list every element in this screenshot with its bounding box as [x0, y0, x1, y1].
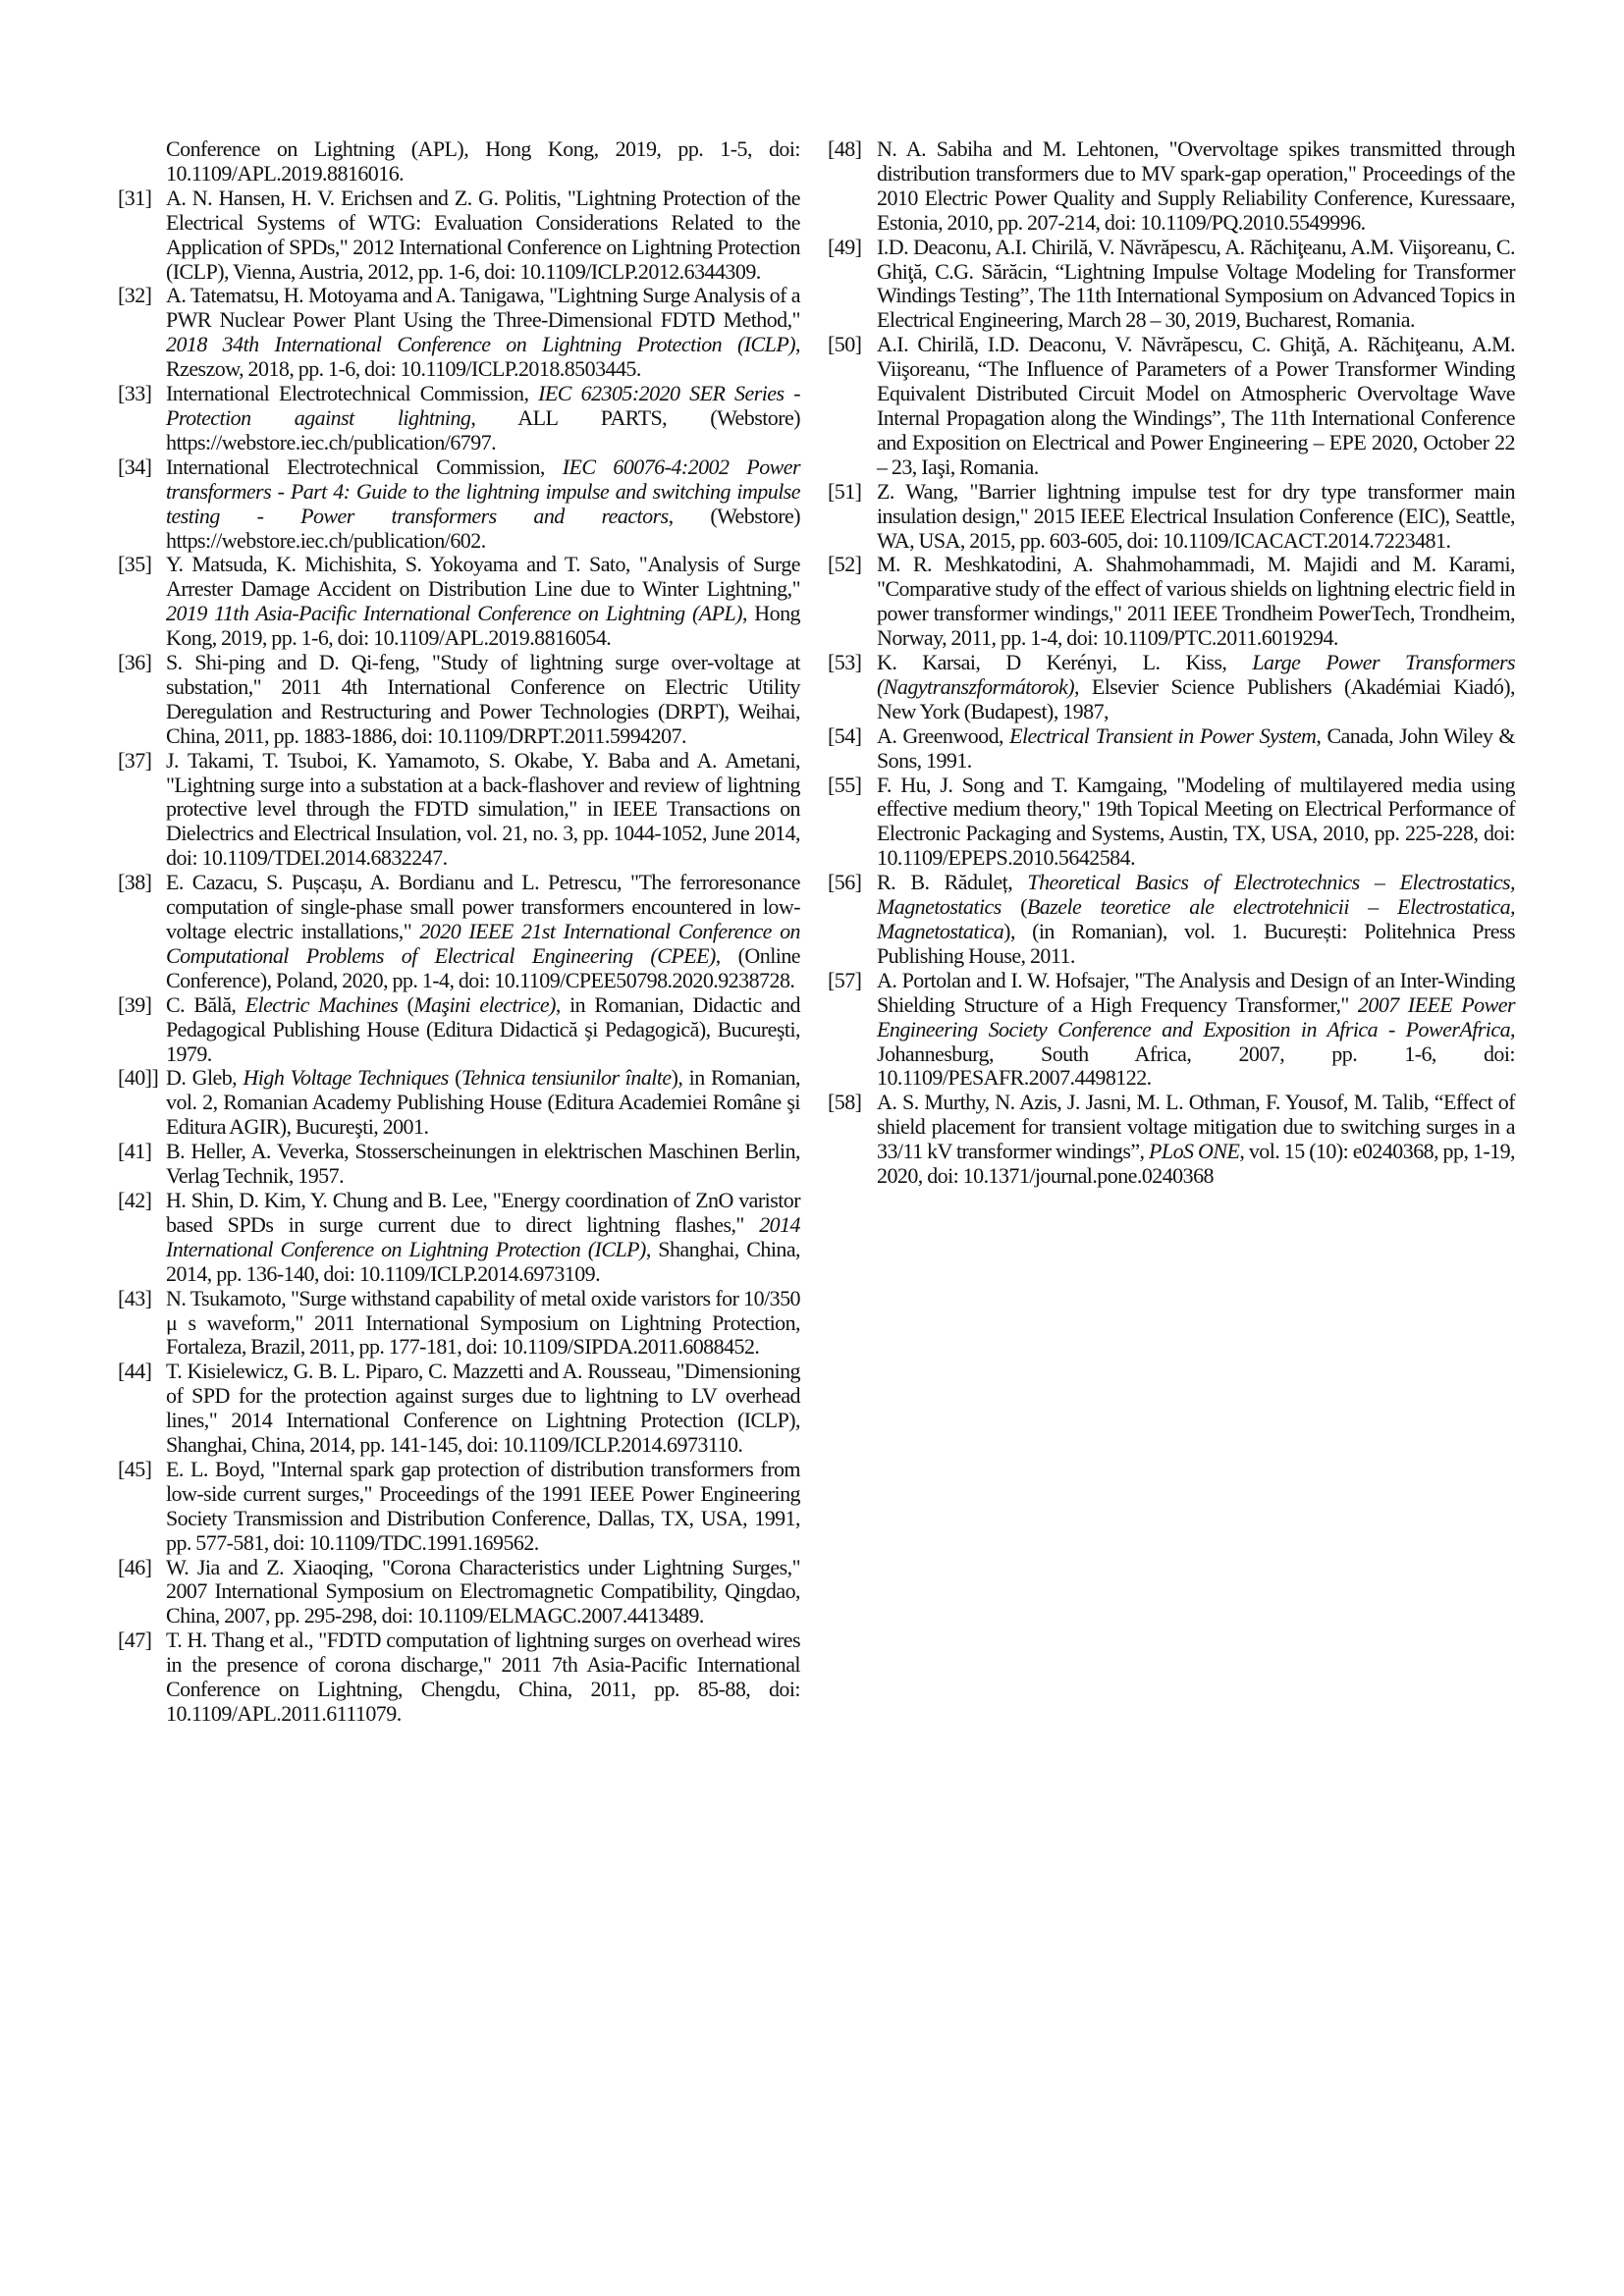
reference-entry: [57]A. Portolan and I. W. Hofsajer, "The… [828, 969, 1515, 1092]
reference-entry: [33]International Electrotechnical Commi… [118, 382, 800, 455]
reference-number: [50] [828, 333, 861, 357]
reference-number: [57] [828, 969, 861, 993]
reference-text: Z. Wang, "Barrier lightning impulse test… [877, 479, 1515, 553]
reference-text: T. Kisielewicz, G. B. L. Piparo, C. Mazz… [166, 1359, 800, 1457]
reference-italic-title: Electrical Transient in Power System [1009, 723, 1316, 748]
reference-text: ( [449, 1065, 461, 1090]
reference-text: D. Gleb, [166, 1065, 243, 1090]
reference-entry: [38]E. Cazacu, S. Pușcașu, A. Bordianu a… [118, 871, 800, 993]
reference-number: [53] [828, 651, 861, 675]
reference-number: [51] [828, 480, 861, 505]
reference-number: [48] [828, 137, 861, 162]
reference-number: [36] [118, 651, 151, 675]
reference-entry: [39]C. Bălă, Electric Machines (Maşini e… [118, 993, 800, 1067]
reference-number: [58] [828, 1091, 861, 1115]
reference-text: ( [1001, 894, 1027, 919]
reference-entry: [42]H. Shin, D. Kim, Y. Chung and B. Lee… [118, 1189, 800, 1287]
reference-text: A. Greenwood, [877, 723, 1009, 748]
reference-text: J. Takami, T. Tsuboi, K. Yamamoto, S. Ok… [166, 748, 800, 871]
reference-text: N. A. Sabiha and M. Lehtonen, "Overvolta… [877, 136, 1515, 235]
reference-entry: [49]I.D. Deaconu, A.I. Chirilă, V. Năvră… [828, 236, 1515, 334]
reference-text: T. H. Thang et al., "FDTD computation of… [166, 1628, 800, 1726]
reference-text: R. B. Răduleț, [877, 870, 1027, 894]
reference-number: [31] [118, 187, 151, 211]
reference-entry: [54]A. Greenwood, Electrical Transient i… [828, 724, 1515, 774]
reference-number: [47] [118, 1629, 151, 1653]
reference-italic-title: Electric Machines [245, 992, 399, 1017]
reference-number: [38] [118, 871, 151, 895]
reference-number: [43] [118, 1287, 151, 1311]
reference-entry: [51]Z. Wang, "Barrier lightning impulse … [828, 480, 1515, 554]
reference-text: A.I. Chirilă, I.D. Deaconu, V. Năvrăpesc… [877, 332, 1515, 479]
reference-number: [54] [828, 724, 861, 749]
reference-number: [49] [828, 236, 861, 260]
reference-text: Conference on Lightning (APL), Hong Kong… [166, 136, 800, 186]
reference-text: International Electrotechnical Commissio… [166, 381, 538, 405]
reference-number: [33] [118, 382, 151, 406]
reference-text: ( [398, 992, 413, 1017]
reference-number: [46] [118, 1556, 151, 1580]
reference-text: A. N. Hansen, H. V. Erichsen and Z. G. P… [166, 186, 800, 284]
reference-number: [39] [118, 993, 151, 1018]
reference-number: [44] [118, 1360, 151, 1384]
reference-text: Y. Matsuda, K. Michishita, S. Yokoyama a… [166, 552, 800, 601]
reference-entry: [34]International Electrotechnical Commi… [118, 455, 800, 554]
references-column-left: Conference on Lightning (APL), Hong Kong… [118, 137, 800, 1727]
reference-number: [42] [118, 1189, 151, 1213]
reference-entry: [45]E. L. Boyd, "Internal spark gap prot… [118, 1458, 800, 1556]
reference-entry: [55]F. Hu, J. Song and T. Kamgaing, "Mod… [828, 774, 1515, 872]
references-column-right: [48]N. A. Sabiha and M. Lehtonen, "Overv… [828, 137, 1515, 1189]
reference-entry: [40]]D. Gleb, High Voltage Techniques (T… [118, 1066, 800, 1140]
reference-entry: [31]A. N. Hansen, H. V. Erichsen and Z. … [118, 187, 800, 285]
reference-italic-title: Tehnica tensiunilor înalte [461, 1065, 672, 1090]
reference-text: C. Bălă, [166, 992, 245, 1017]
reference-italic-title: High Voltage Techniques [243, 1065, 448, 1090]
reference-entry: [35]Y. Matsuda, K. Michishita, S. Yokoya… [118, 553, 800, 651]
reference-number: [55] [828, 774, 861, 798]
reference-text: S. Shi-ping and D. Qi-feng, "Study of li… [166, 650, 800, 748]
reference-text: K. Karsai, D Kerényi, L. Kiss, [877, 650, 1252, 674]
reference-entry: [37]J. Takami, T. Tsuboi, K. Yamamoto, S… [118, 749, 800, 872]
reference-number: [40]] [118, 1066, 158, 1091]
reference-entry: [50]A.I. Chirilă, I.D. Deaconu, V. Năvră… [828, 333, 1515, 479]
reference-number: [34] [118, 455, 151, 480]
reference-entry: [52]M. R. Meshkatodini, A. Shahmohammadi… [828, 553, 1515, 651]
reference-text: I.D. Deaconu, A.I. Chirilă, V. Năvrăpesc… [877, 235, 1515, 333]
reference-number: [56] [828, 871, 861, 895]
reference-entry: [47]T. H. Thang et al., "FDTD computatio… [118, 1629, 800, 1727]
reference-text: A. Tatematsu, H. Motoyama and A. Tanigaw… [166, 283, 800, 332]
reference-text: N. Tsukamoto, "Surge withstand capabilit… [166, 1286, 800, 1360]
reference-entry: [43]N. Tsukamoto, "Surge withstand capab… [118, 1287, 800, 1361]
reference-italic-title: Maşini electrice) [413, 992, 556, 1017]
reference-text: W. Jia and Z. Xiaoqing, "Corona Characte… [166, 1555, 800, 1629]
reference-text: E. L. Boyd, "Internal spark gap protecti… [166, 1457, 800, 1555]
reference-entry: [56]R. B. Răduleț, Theoretical Basics of… [828, 871, 1515, 969]
reference-continuation: Conference on Lightning (APL), Hong Kong… [118, 137, 800, 187]
reference-italic-title: 2018 34th International Conference on Li… [166, 332, 795, 356]
document-page: Conference on Lightning (APL), Hong Kong… [0, 0, 1624, 2296]
reference-number: [37] [118, 749, 151, 774]
reference-entry: [48]N. A. Sabiha and M. Lehtonen, "Overv… [828, 137, 1515, 236]
reference-number: [52] [828, 553, 861, 577]
reference-text: B. Heller, A. Veverka, Stosserscheinunge… [166, 1139, 800, 1188]
reference-entry: [46]W. Jia and Z. Xiaoqing, "Corona Char… [118, 1556, 800, 1629]
reference-text: H. Shin, D. Kim, Y. Chung and B. Lee, "E… [166, 1188, 800, 1237]
reference-entry: [44]T. Kisielewicz, G. B. L. Piparo, C. … [118, 1360, 800, 1458]
reference-entry: [32]A. Tatematsu, H. Motoyama and A. Tan… [118, 284, 800, 382]
reference-number: [35] [118, 553, 151, 577]
reference-entry: [58]A. S. Murthy, N. Azis, J. Jasni, M. … [828, 1091, 1515, 1189]
reference-number: [41] [118, 1140, 151, 1164]
reference-italic-title: PLoS ONE [1149, 1139, 1239, 1163]
reference-entry: [41]B. Heller, A. Veverka, Stosserschein… [118, 1140, 800, 1189]
reference-number: [32] [118, 284, 151, 308]
reference-text: International Electrotechnical Commissio… [166, 454, 563, 479]
reference-entry: [53]K. Karsai, D Kerényi, L. Kiss, Large… [828, 651, 1515, 724]
reference-entry: [36]S. Shi-ping and D. Qi-feng, "Study o… [118, 651, 800, 749]
reference-text: F. Hu, J. Song and T. Kamgaing, "Modelin… [877, 773, 1515, 871]
reference-number: [45] [118, 1458, 151, 1482]
reference-text: M. R. Meshkatodini, A. Shahmohammadi, M.… [877, 552, 1515, 650]
reference-italic-title: 2019 11th Asia-Pacific International Con… [166, 601, 742, 625]
